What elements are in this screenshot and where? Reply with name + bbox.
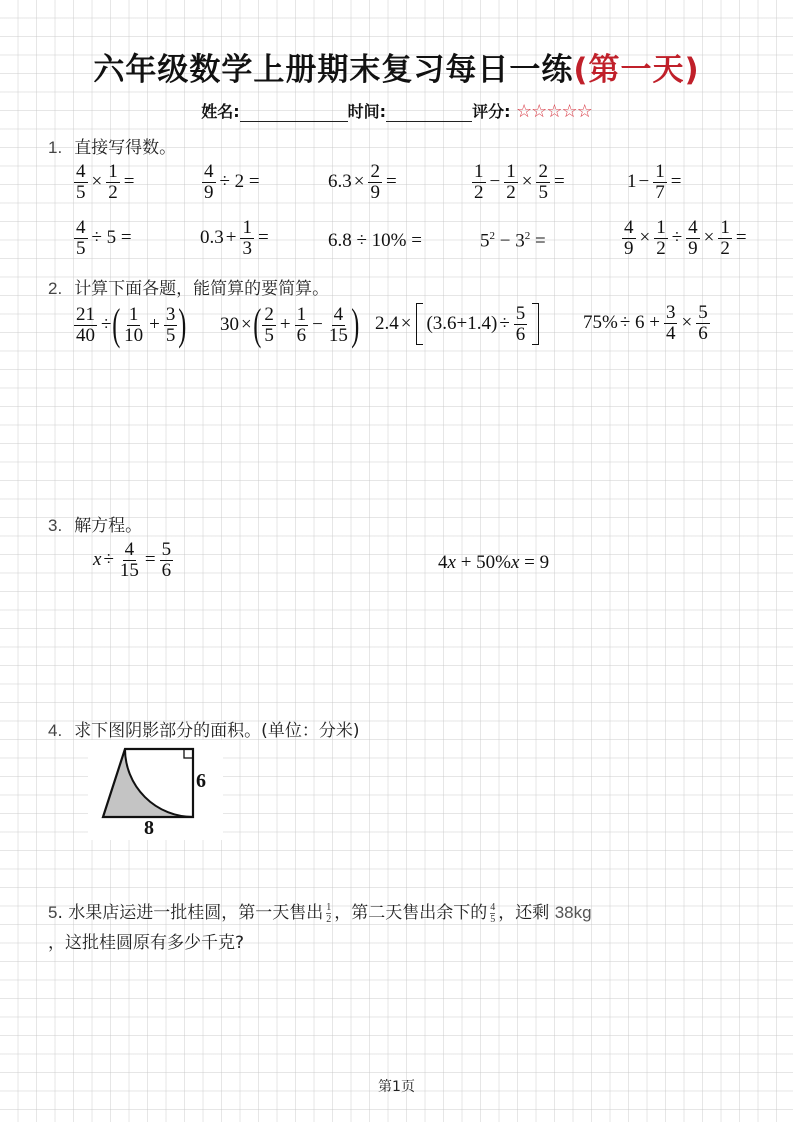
q1-item-8: 6.8 ÷ 10% = <box>328 230 422 252</box>
name-field[interactable] <box>240 105 348 122</box>
time-field[interactable] <box>386 105 472 122</box>
q1-item-3: 6.3×29= <box>328 162 399 203</box>
score-stars[interactable]: ☆☆☆☆☆ <box>516 101 592 122</box>
q1-item-10: 49×12÷49×12= <box>620 218 749 259</box>
page-title: 六年级数学上册期末复习每日一练(第一天) <box>0 44 793 89</box>
q2-item-2: 30×(25+16−415) <box>220 303 358 347</box>
q5-text-b: ，第二天售出余下的 <box>334 903 487 923</box>
q1-item-5: 1−17= <box>627 162 683 203</box>
q2-item-1: 2140÷(110+35) <box>72 303 186 347</box>
q4-heading: 4.求下图阴影部分的面积。(单位：分米) <box>48 716 359 741</box>
q1-item-4: 12−12×25= <box>470 162 567 203</box>
q5-fraction-1: 12 <box>326 902 331 925</box>
q2-title: 计算下面各题，能简算的要简算。 <box>74 279 329 299</box>
q3-item-1: x÷415=56 <box>93 540 175 581</box>
q5-amount: 38kg <box>555 903 592 922</box>
student-info: 姓名:时间:评分: ☆☆☆☆☆ <box>0 99 793 122</box>
q1-title: 直接写得数。 <box>74 138 176 158</box>
height-label: 6 <box>196 770 206 793</box>
q1-item-2: 49÷ 2 = <box>200 162 262 203</box>
q5-text-c: ，还剩 <box>498 903 549 923</box>
q1-item-9: 52 − 32 = <box>480 230 546 252</box>
q5-text-a: . 水果店运进一批桂圆，第一天售出 <box>57 903 323 923</box>
q1-number: 1. <box>48 138 62 157</box>
q3-item-2: 4x + 50%x = 9 <box>438 552 549 574</box>
q2-item-4: 75%÷ 6 +34×56 <box>583 303 712 344</box>
q2-heading: 2.计算下面各题，能简算的要简算。 <box>48 274 329 299</box>
q1-item-7: 0.3+13= <box>200 218 271 259</box>
shaded-area-figure: 6 8 <box>88 740 223 840</box>
time-label: 时间: <box>348 102 386 121</box>
q5-problem: 5. 水果店运进一批桂圆，第一天售出12，第二天售出余下的45，还剩 38kg … <box>48 898 758 958</box>
q2-item-3: 2.4×(3.6+1.4)÷56 <box>375 303 542 345</box>
q1-item-1: 45×12= <box>72 162 136 203</box>
q1-item-6: 45÷ 5 = <box>72 218 134 259</box>
q4-title: 求下图阴影部分的面积。(单位：分米) <box>74 721 359 741</box>
title-day: (第一天) <box>573 52 699 88</box>
q1-heading: 1.直接写得数。 <box>48 133 176 158</box>
q4-number: 4. <box>48 721 62 740</box>
q5-fraction-2: 45 <box>490 902 495 925</box>
q3-number: 3. <box>48 516 62 535</box>
q5-text-d: ，这批桂圆原有多少千克? <box>48 933 244 953</box>
base-label: 8 <box>144 817 154 840</box>
q2-number: 2. <box>48 279 62 298</box>
q3-heading: 3.解方程。 <box>48 511 142 536</box>
title-main: 六年级数学上册期末复习每日一练 <box>93 52 573 88</box>
page-number: 第1页 <box>0 1076 793 1096</box>
score-label: 评分: <box>472 102 510 121</box>
name-label: 姓名: <box>201 102 239 121</box>
q3-title: 解方程。 <box>74 516 142 536</box>
